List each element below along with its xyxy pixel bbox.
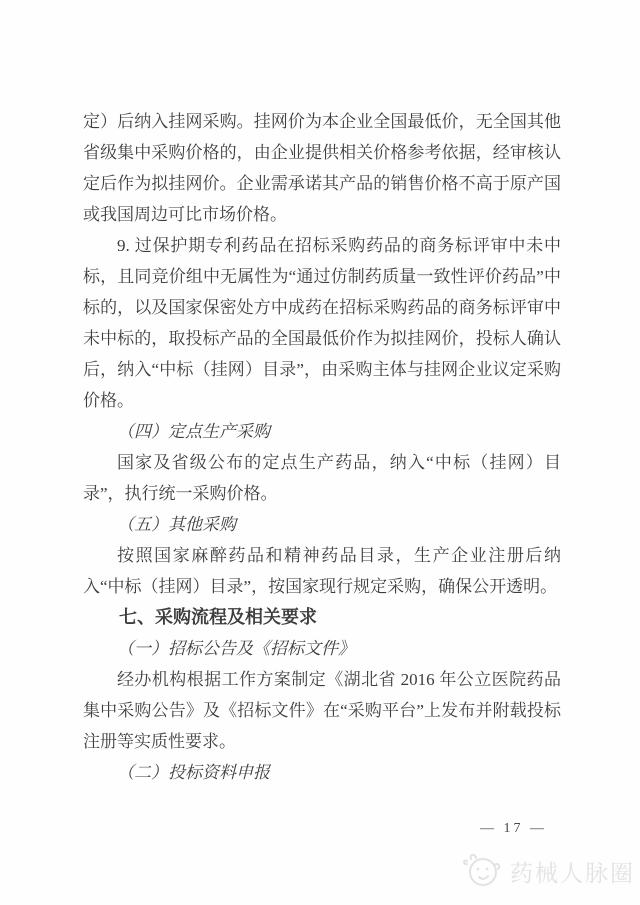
paragraph-section-5: 按照国家麻醉药品和精神药品目录，生产企业注册后纳入“中标（挂网）目录”，按国家现… xyxy=(83,540,561,602)
watermark: 药械人脉圈 xyxy=(461,851,635,891)
heading-subsection-1: （一）招标公告及《招标文件》 xyxy=(83,633,561,664)
watermark-text: 药械人脉圈 xyxy=(510,855,635,888)
page-number: — 17 — xyxy=(0,821,547,837)
document-page: 定）后纳入挂网采购。挂网价为本企业全国最低价，无全国其他省级集中采购价格的，由企… xyxy=(0,0,640,905)
document-body: 定）后纳入挂网采购。挂网价为本企业全国最低价，无全国其他省级集中采购价格的，由企… xyxy=(83,106,561,788)
paragraph-section-4: 国家及省级公布的定点生产药品，纳入“中标（挂网）目录”，执行统一采购价格。 xyxy=(83,447,561,509)
heading-subsection-2: （二）投标资料申报 xyxy=(83,757,561,788)
paragraph-subsection-1: 经办机构根据工作方案制定《湖北省 2016 年公立医院药品集中采购公告》及《招标… xyxy=(83,664,561,757)
heading-section-4: （四）定点生产采购 xyxy=(83,416,561,447)
heading-chapter-7: 七、采购流程及相关要求 xyxy=(83,602,561,633)
paragraph-continuation: 定）后纳入挂网采购。挂网价为本企业全国最低价，无全国其他省级集中采购价格的，由企… xyxy=(83,106,561,230)
heading-section-5: （五）其他采购 xyxy=(83,509,561,540)
paragraph-item-9: 9. 过保护期专利药品在招标采购药品的商务标评审中未中标，且同竞价组中无属性为“… xyxy=(83,230,561,416)
panda-face-icon xyxy=(461,851,505,891)
